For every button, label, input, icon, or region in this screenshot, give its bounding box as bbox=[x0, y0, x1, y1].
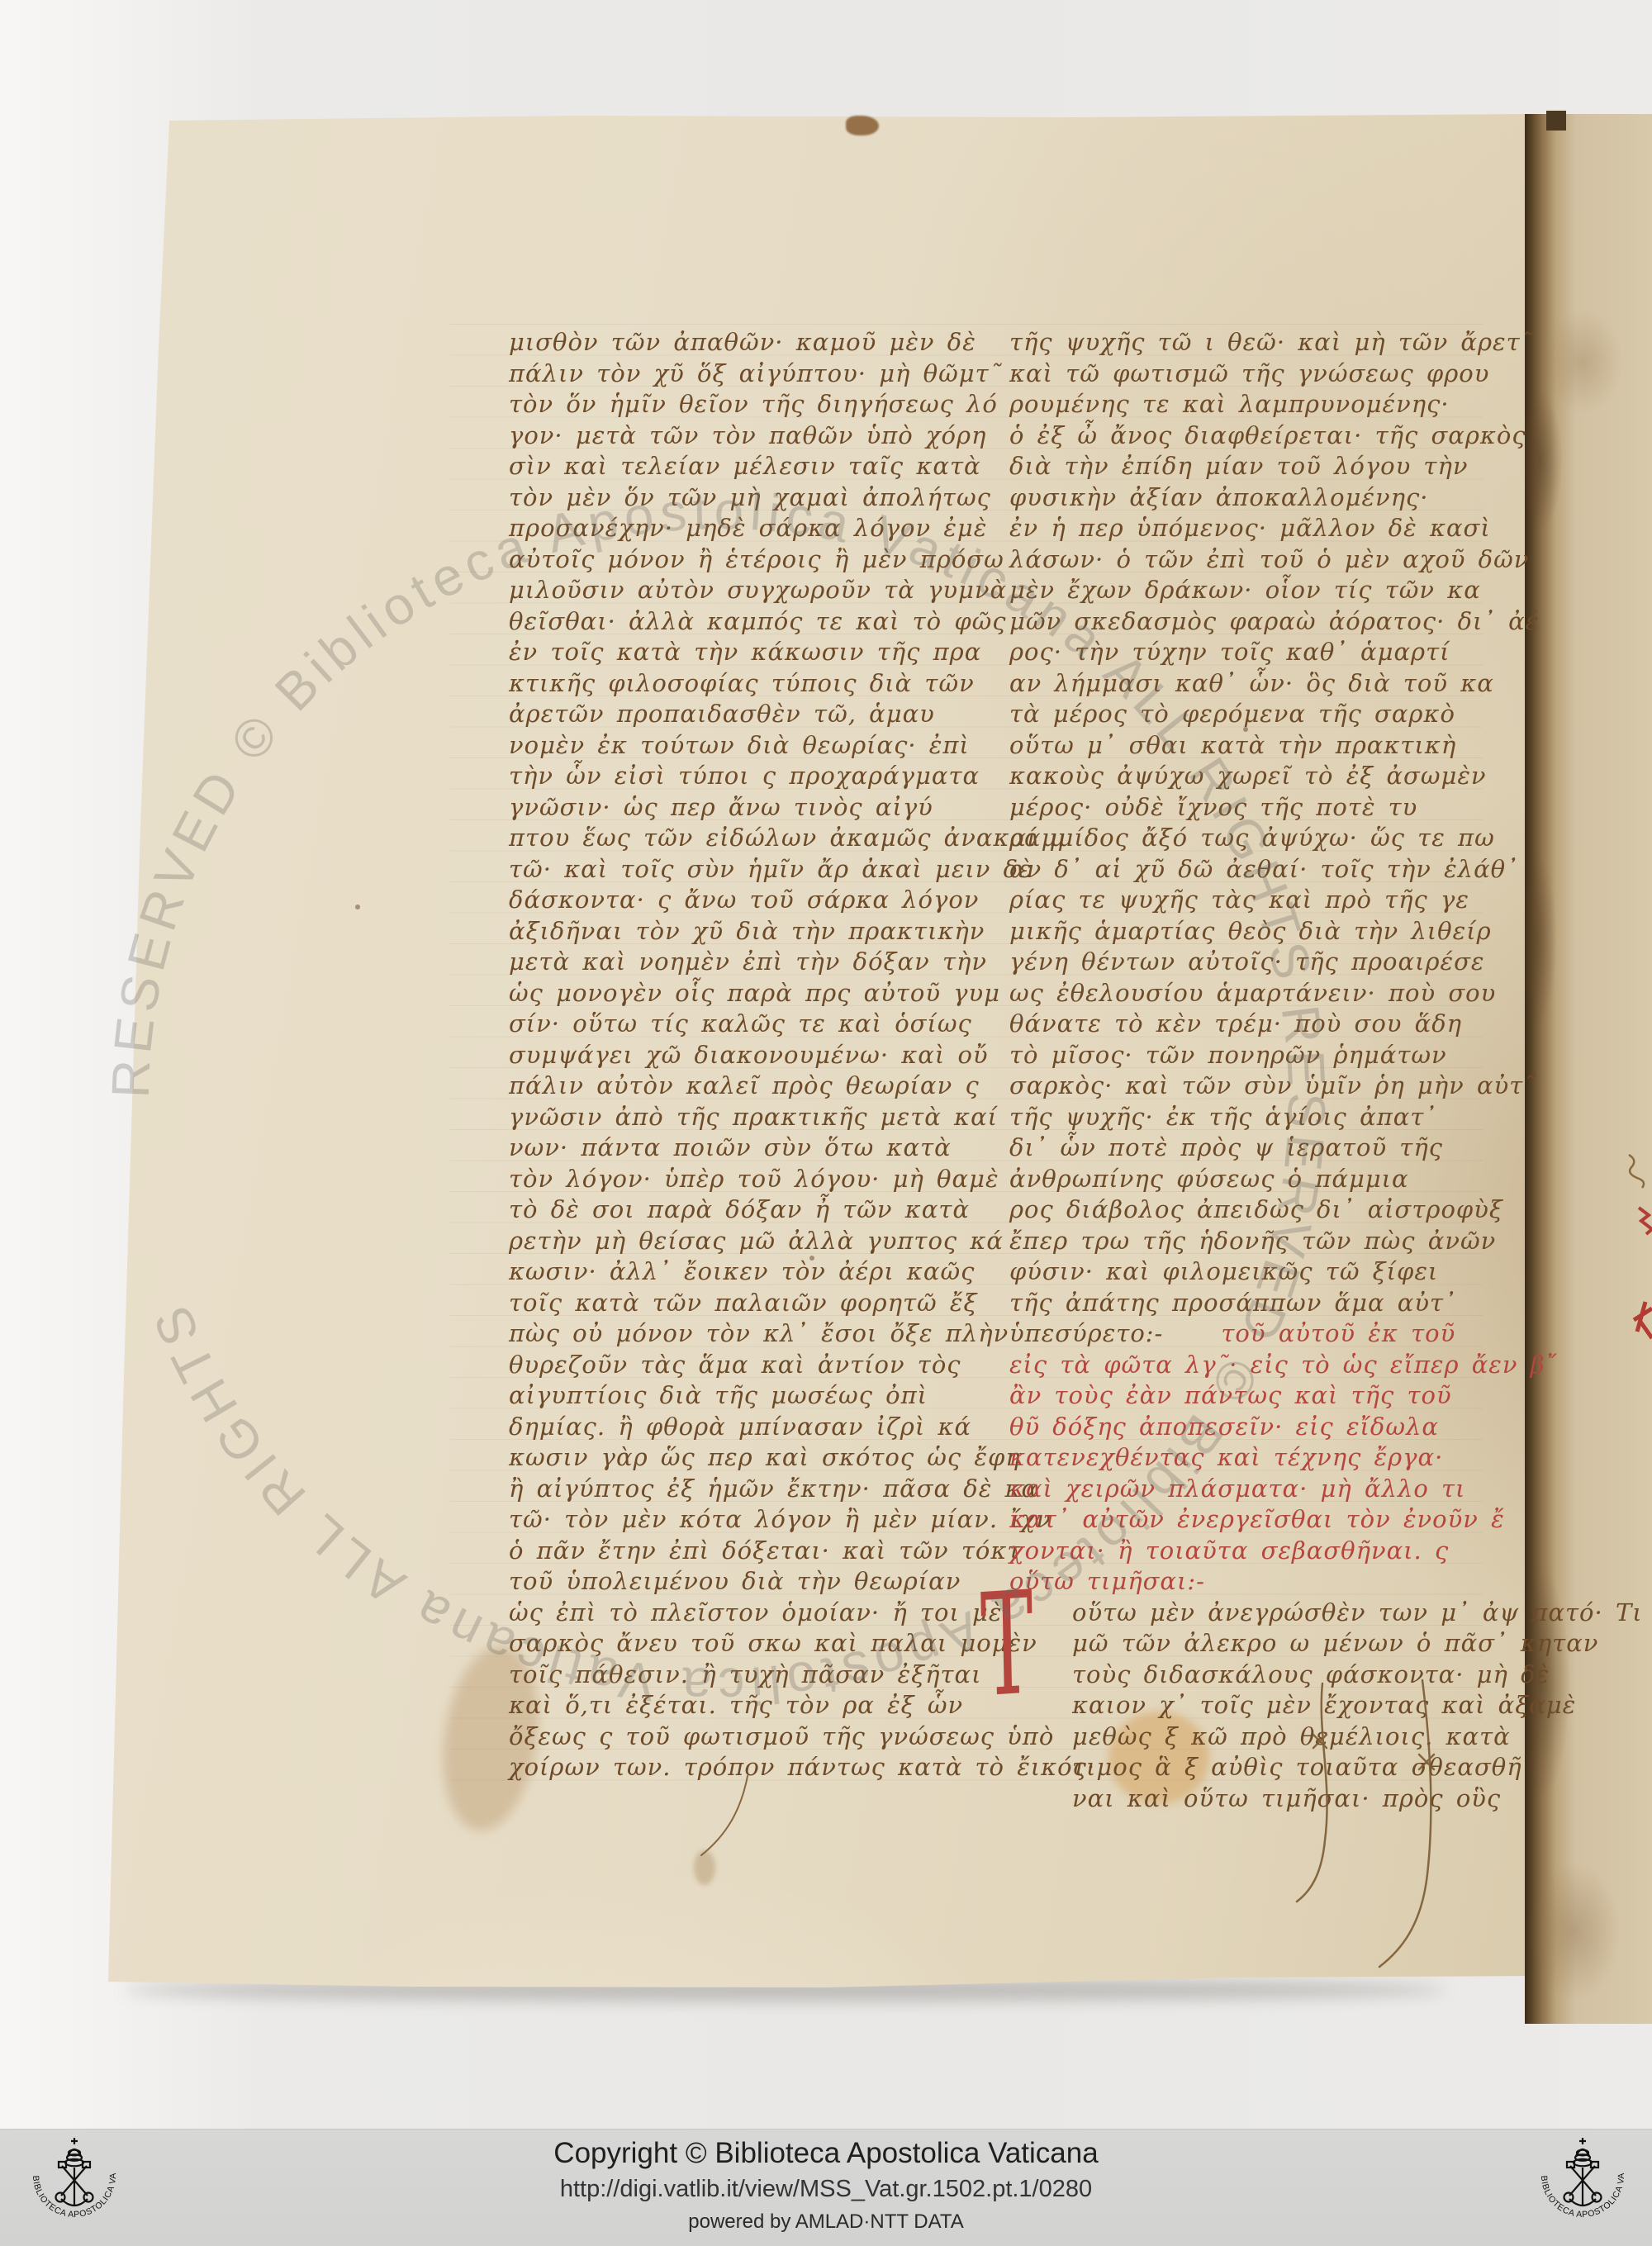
manuscript-line: αἰγυπτίοις διὰ τῆς μωσέως ὀπὶ bbox=[509, 1380, 938, 1412]
manuscript-line: πὼς οὐ μόνον τὸν κλ᾽ ἔσοι ὄξε πλὴν bbox=[509, 1318, 938, 1350]
right-text-column: τῆς ψυχῆς τῶ ι θεῶ· καὶ μὴ τῶν ἄρετ῀καὶ … bbox=[1009, 327, 1480, 1814]
book-gutter-facing-page bbox=[1525, 114, 1652, 2024]
manuscript-line: σὶν καὶ τελείαν μέλεσιν ταῖς κατὰ bbox=[509, 451, 938, 482]
svg-text:BIBLIOTECA APOSTOLICA VATICANA: BIBLIOTECA APOSTOLICA VATICANA bbox=[1530, 2134, 1626, 2220]
manuscript-line: τιμος ἃ ξ αὐθὶς τοιαῦτα σθεασθῆ bbox=[1009, 1752, 1480, 1783]
manuscript-line: γον· μετὰ τῶν τὸν παθῶν ὑπὸ χόρη bbox=[509, 420, 938, 452]
papal-crest-icon bbox=[1564, 2138, 1602, 2206]
manuscript-line: νων· πάντα ποιῶν σὺν ὅτω κατὰ bbox=[509, 1132, 938, 1164]
manuscript-line: δάσκοντα· ς ἄνω τοῦ σάρκα λόγον bbox=[509, 885, 938, 916]
manuscript-line: προσανέχην· μηδὲ σάρκα λόγον ἐμὲ bbox=[509, 513, 938, 544]
manuscript-line: ρουμένης τε καὶ λαμπρυνομένης· bbox=[1009, 389, 1480, 420]
rubric-initial: Τ bbox=[980, 1573, 1035, 1717]
manuscript-line: μισθὸν τῶν ἀπαθῶν· καμοῦ μὲν δὲ bbox=[509, 327, 938, 359]
manuscript-line: τὸν μὲν ὅν τῶν μὴ χαμαὶ ἀπολήτως bbox=[509, 482, 938, 514]
manuscript-line: καιον χ᾽ τοῖς μὲν ἔχοντας καὶ ἀξαμὲ bbox=[1009, 1690, 1480, 1721]
manuscript-line: πτου ἕως τῶν εἰδώλων ἀκαμῶς ἀνακαί μ bbox=[509, 823, 938, 854]
manuscript-line: μιλοῦσιν αὐτὸν συγχωροῦν τὰ γυμνὰ bbox=[509, 575, 938, 606]
manuscript-line: ἐν ἡ περ ὑπόμενος· μᾶλλον δὲ κασὶ bbox=[1009, 513, 1480, 544]
manuscript-line: ὁ ἐξ ὦ ἄνος διαφθείρεται· τῆς σαρκὸς bbox=[1009, 420, 1480, 452]
manuscript-line: μὲν ἔχων δράκων· οἷον τίς τῶν κα bbox=[1009, 575, 1480, 606]
manuscript-line: τοῦ ὑπολειμένου διὰ τὴν θεωρίαν bbox=[509, 1566, 938, 1598]
left-text-column: μισθὸν τῶν ἀπαθῶν· καμοῦ μὲν δὲπάλιν τὸν… bbox=[509, 327, 938, 1783]
svg-text:BIBLIOTECA APOSTOLICA VATICANA: BIBLIOTECA APOSTOLICA VATICANA bbox=[21, 2134, 118, 2220]
manuscript-line: ἀνθρωπίνης φύσεως ὁ πάμμια bbox=[1009, 1164, 1480, 1195]
manuscript-line: νομὲν ἐκ τούτων διὰ θεωρίας· ἐπὶ bbox=[509, 730, 938, 762]
manuscript-line: λάσων· ὁ τῶν ἐπὶ τοῦ ὁ μὲν αχοῦ δῶν bbox=[1009, 544, 1480, 576]
manuscript-line: ὑπεσύρετο:-τοῦ αὐτοῦ ἐκ τοῦ bbox=[1009, 1318, 1480, 1350]
manuscript-line: ρος διάβολος ἀπειδὼς δι᾽ αἰστροφὺξ bbox=[1009, 1194, 1480, 1226]
manuscript-line: οὕτω τιμῆσαι:- bbox=[1009, 1566, 1480, 1598]
manuscript-line: δι᾽ ὧν ποτὲ πρὸς ψ ἱερατοῦ τῆς bbox=[1009, 1132, 1480, 1164]
manuscript-line: ἔπερ τρω τῆς ἡδονῆς τῶν πὼς ἀνῶν bbox=[1009, 1226, 1480, 1257]
manuscript-line: οὕτω μὲν ἀνεγρώσθὲν των μ᾽ ἀψ πατό· Τι bbox=[1009, 1598, 1480, 1629]
manuscript-line: κατ᾽ αὐτῶν ἐνεργεῖσθαι τὸν ἐνοῦν ἔ bbox=[1009, 1504, 1480, 1536]
manuscript-line: σαρκὸς· καὶ τῶν σὺν ὑμῖν ῥη μὴν αὐτ῀ bbox=[1009, 1071, 1480, 1102]
manuscript-line: ὁ πᾶν ἔτην ἐπὶ δόξεται· καὶ τῶν τόκτ bbox=[509, 1536, 938, 1567]
manuscript-line: τῆς ψυχῆς· ἐκ τῆς ἁγίοις ἀπατ᾽ bbox=[1009, 1102, 1480, 1133]
manuscript-line: μῶν σκεδασμὸς φαραὼ ἀόρατος· δι᾽ ἀέ bbox=[1009, 606, 1480, 638]
manuscript-line: μικῆς ἁμαρτίας θεὸς διὰ τὴν λιθείρ bbox=[1009, 916, 1480, 947]
manuscript-line: μεθὼς ξ κῶ πρὸ θεμέλιοις. κατὰ bbox=[1009, 1721, 1480, 1753]
manuscript-line: συμψάγει χῶ διακονουμένω· καὶ οὔ bbox=[509, 1040, 938, 1071]
manuscript-line: πάλιν τὸν χῦ ὅξ αἰγύπτου· μὴ θῶμτ῀ bbox=[509, 359, 938, 390]
manuscript-line: θῦ δόξης ἀποπεσεῖν· εἰς εἴδωλα bbox=[1009, 1412, 1480, 1443]
manuscript-line: κακοὺς ἀψύχω χωρεῖ τὸ ἐξ ἀσωμὲν bbox=[1009, 761, 1480, 792]
footer-copyright: Copyright © Biblioteca Apostolica Vatica… bbox=[0, 2137, 1652, 2170]
manuscript-line: φυσικὴν ἀξίαν ἀποκαλλομένης· bbox=[1009, 482, 1480, 514]
manuscript-line: ως ἐθελουσίου ἁμαρτάνειν· ποὺ σου bbox=[1009, 978, 1480, 1009]
manuscript-line: τοὺς διδασκάλους φάσκοντα· μὴ δὲ bbox=[1009, 1660, 1480, 1691]
manuscript-line: αν δ᾽ αἱ χῦ δῶ ἀεθαί· τοῖς τὴν ἐλάθ᾽ bbox=[1009, 854, 1480, 886]
manuscript-line: κατενεχθέντας καὶ τέχνης ἔργα· bbox=[1009, 1442, 1480, 1474]
manuscript-line: φύσιν· καὶ φιλομεικῶς τῶ ξίφει bbox=[1009, 1256, 1480, 1288]
manuscript-line: γνῶσιν· ὡς περ ἄνω τινὸς αἰγύ bbox=[509, 792, 938, 824]
manuscript-line: ὡς ἐπὶ τὸ πλεῖστον ὁμοίαν· ἤ τοι μὲ bbox=[509, 1598, 938, 1629]
manuscript-line: μετὰ καὶ νοημὲν ἐπὶ τὴν δόξαν τὴν bbox=[509, 947, 938, 978]
manuscript-line: γνῶσιν ἀπὸ τῆς πρακτικῆς μετὰ καί bbox=[509, 1102, 938, 1133]
manuscript-line: κτικῆς φιλοσοφίας τύποις διὰ τῶν bbox=[509, 668, 938, 700]
manuscript-line: καὶ ὅ,τι ἐξέται. τῆς τὸν ρα ἐξ ὧν bbox=[509, 1690, 938, 1721]
manuscript-line: θεῖσθαι· ἀλλὰ καμπός τε καὶ τὸ φῶς bbox=[509, 606, 938, 638]
manuscript-line: καὶ τῶ φωτισμῶ τῆς γνώσεως φρου bbox=[1009, 359, 1480, 390]
manuscript-line: ἀξιδῆναι τὸν χῦ διὰ τὴν πρακτικὴν bbox=[509, 916, 938, 947]
ink-speck bbox=[355, 905, 360, 909]
manuscript-line: διὰ τὴν ἐπίδη μίαν τοῦ λόγου τὴν bbox=[1009, 451, 1480, 482]
manuscript-line: σίν· οὕτω τίς καλῶς τε καὶ ὁσίως bbox=[509, 1009, 938, 1040]
footer-powered: powered by AMLAD·NTT DATA bbox=[0, 2210, 1652, 2234]
manuscript-line: θάνατε τὸ κὲν τρέμ· ποὺ σου ἅδη bbox=[1009, 1009, 1480, 1040]
manuscript-line: εἰς τὰ φῶτα λγ῀· εἰς τὸ ὡς εἴπερ ἄεν β῎ bbox=[1009, 1350, 1480, 1381]
vatican-library-logo-left: BIBLIOTECA APOSTOLICA VATICANA bbox=[21, 2134, 127, 2244]
manuscript-line: ναι καὶ οὕτω τιμῆσαι· πρὸς οὓς bbox=[1009, 1783, 1480, 1815]
manuscript-line: ρετὴν μὴ θείσας μῶ ἀλλὰ γυπτος κά bbox=[509, 1226, 938, 1257]
manuscript-line: τὸν ὅν ἡμῖν θεῖον τῆς διηγήσεως λό bbox=[509, 389, 938, 420]
manuscript-line: τῆς ψυχῆς τῶ ι θεῶ· καὶ μὴ τῶν ἄρετ῀ bbox=[1009, 327, 1480, 359]
manuscript-line: ρίας τε ψυχῆς τὰς καὶ πρὸ τῆς γε bbox=[1009, 885, 1480, 916]
manuscript-line: τοῖς πάθεσιν. ἢ τυχὴ πᾶσαν ἐξῆται bbox=[509, 1660, 938, 1691]
manuscript-line: σαρκὸς ἄνευ τοῦ σκω καὶ παλαι μομὲν bbox=[509, 1628, 938, 1660]
manuscript-line: ἂν τοὺς ἐὰν πάντως καὶ τῆς τοῦ bbox=[1009, 1380, 1480, 1412]
papal-crest-icon bbox=[56, 2138, 93, 2206]
manuscript-line: τὸν λόγον· ὑπὲρ τοῦ λόγου· μὴ θαμὲ bbox=[509, 1164, 938, 1195]
manuscript-line: τὴν ὧν εἰσὶ τύποι ς προχαράγματα bbox=[509, 761, 938, 792]
manuscript-line: θυρεζοῦν τὰς ἅμα καὶ ἀντίον τὸς bbox=[509, 1350, 938, 1381]
manuscript-line: μέρος· οὐδὲ ἴχνος τῆς ποτὲ τυ bbox=[1009, 792, 1480, 824]
manuscript-line: τῶ· καὶ τοῖς σὺν ἡμῖν ἄρ ἀκαὶ μειν δὲ bbox=[509, 854, 938, 886]
manuscript-line: ὡς μονογὲν οἷς παρὰ πρς αὐτοῦ γυμ bbox=[509, 978, 938, 1009]
manuscript-line: τοῖς κατὰ τῶν παλαιῶν φορητῶ ἔξ bbox=[509, 1288, 938, 1319]
manuscript-line: ραμμίδος ἄξό τως ἀψύχω· ὥς τε πω bbox=[1009, 823, 1480, 854]
manuscript-line: κωσιν γὰρ ὥς περ καὶ σκότος ὡς ἔφη bbox=[509, 1442, 938, 1474]
manuscript-line: αὐτοῖς μόνον ἢ ἑτέροις ἢ μὲν πρόσω bbox=[509, 544, 938, 576]
footer-bar: Copyright © Biblioteca Apostolica Vatica… bbox=[0, 2129, 1652, 2246]
manuscript-line: ὄξεως ς τοῦ φωτισμοῦ τῆς γνώσεως ὑπὸ bbox=[509, 1721, 938, 1753]
manuscript-line: ἀρετῶν προπαιδασθὲν τῶ, ἁμαυ bbox=[509, 699, 938, 730]
manuscript-line: τῆς ἀπάτης προσάππων ἅμα αὐτ᾽ bbox=[1009, 1288, 1480, 1319]
binding-mark bbox=[1546, 111, 1566, 131]
manuscript-line: γένη θέντων αὐτοῖς· τῆς προαιρέσε bbox=[1009, 947, 1480, 978]
manuscript-line: μῶ τῶν ἀλεκρο ω μένων ὁ πᾶσ᾽ κηταν bbox=[1009, 1628, 1480, 1660]
manuscript-line: τὸ δὲ σοι παρὰ δόξαν ἦ τῶν κατὰ bbox=[509, 1194, 938, 1226]
manuscript-line: τὰ μέρος τὸ φερόμενα τῆς σαρκὸ bbox=[1009, 699, 1480, 730]
manuscript-line: ἢ αἰγύπτος ἐξ ἡμῶν ἔκτην· πᾶσα δὲ κα bbox=[509, 1474, 938, 1505]
manuscript-line: καὶ χειρῶν πλάσματα· μὴ ἄλλο τι bbox=[1009, 1474, 1480, 1505]
manuscript-line: πάλιν αὐτὸν καλεῖ πρὸς θεωρίαν ς bbox=[509, 1071, 938, 1102]
manuscript-line: χονται· ἢ τοιαῦτα σεβασθῆναι. ς bbox=[1009, 1536, 1480, 1567]
manuscript-line: τῶ· τὸν μὲν κότα λόγον ἢ μὲν μίαν. ἴχν bbox=[509, 1504, 938, 1536]
manuscript-line: οὕτω μ᾽ σθαι κατὰ τὴν πρακτικὴ bbox=[1009, 730, 1480, 762]
manuscript-line: ἐν τοῖς κατὰ τὴν κάκωσιν τῆς πρα bbox=[509, 637, 938, 668]
manuscript-line: ρος· τὴν τύχην τοῖς καθ᾽ ἁμαρτί bbox=[1009, 637, 1480, 668]
vatican-library-logo-right: BIBLIOTECA APOSTOLICA VATICANA bbox=[1530, 2134, 1635, 2244]
footer-url[interactable]: http://digi.vatlib.it/view/MSS_Vat.gr.15… bbox=[0, 2176, 1652, 2203]
manuscript-line: τὸ μῖσος· τῶν πονηρῶν ῥημάτων bbox=[1009, 1040, 1480, 1071]
manuscript-line: αν λήμμασι καθ᾽ ὧν· ὃς διὰ τοῦ κα bbox=[1009, 668, 1480, 700]
manuscript-line: χοίρων των. τρόπον πάντως κατὰ τὸ ἔικός· bbox=[509, 1752, 938, 1783]
digitized-manuscript-viewer: { "watermark": { "ring_text": "RESERVED … bbox=[0, 0, 1652, 2246]
manuscript-line: κωσιν· ἀλλ᾽ ἔοικεν τὸν ἀέρι καῶς bbox=[509, 1256, 938, 1288]
manuscript-line: δημίας. ἢ φθορὰ μπίνασαν ἰζρὶ κά bbox=[509, 1412, 938, 1443]
